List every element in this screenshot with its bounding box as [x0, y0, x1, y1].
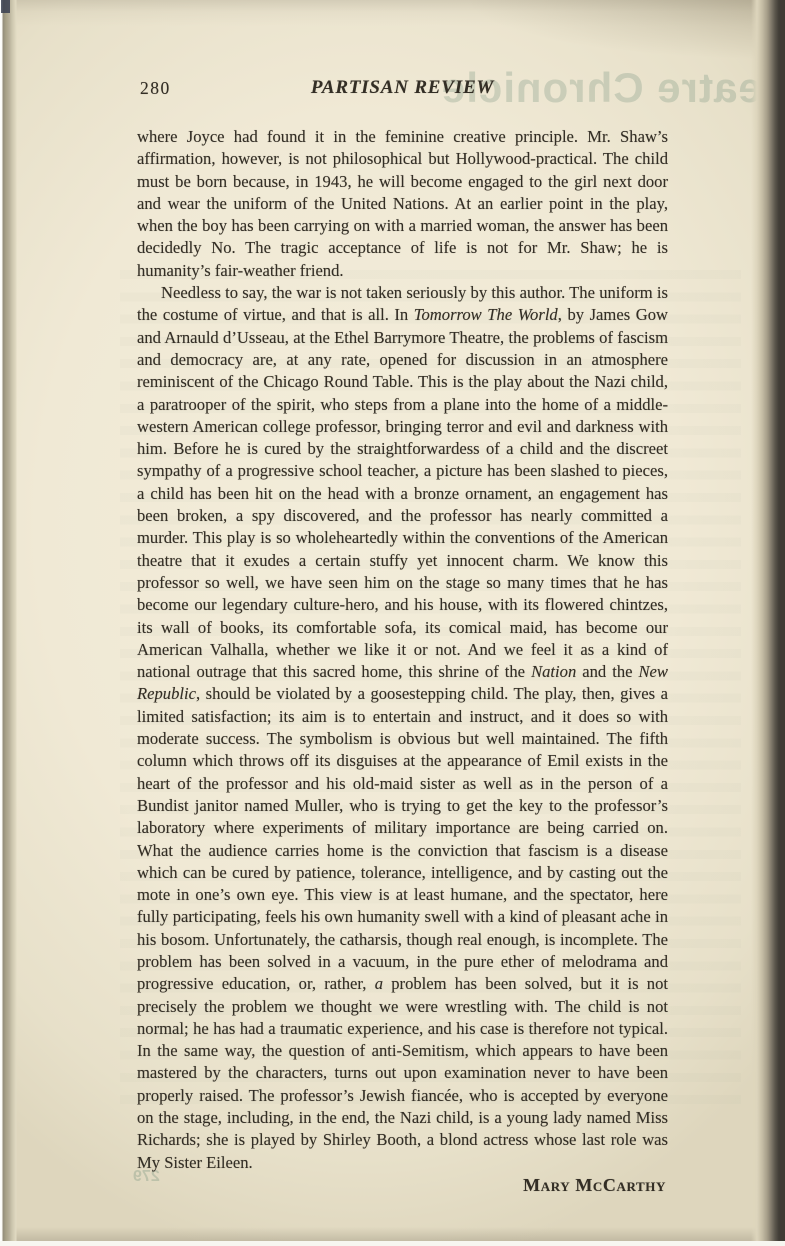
page-edge-left [0, 0, 17, 1246]
top-right-corner-shadow [465, 0, 785, 60]
page-content: 280 PARTISAN REVIEW where Joyce had foun… [137, 77, 668, 1196]
page-edge-right [751, 0, 785, 1246]
bottom-paper-strip [0, 1241, 785, 1246]
scanned-page: Theatre Chronicle 279 280 PARTISAN REVIE… [0, 0, 785, 1246]
page-header: 280 PARTISAN REVIEW [137, 77, 668, 101]
article-body: where Joyce had found it in the feminine… [137, 126, 668, 1174]
paragraph: Needless to say, the war is not taken se… [137, 282, 668, 1174]
journal-title: PARTISAN REVIEW [137, 77, 668, 99]
bottom-edge-shadow [0, 1227, 785, 1241]
author-signature: Mary McCarthy [137, 1175, 668, 1196]
binding-corner-mark [1, 0, 10, 13]
paragraph: where Joyce had found it in the feminine… [137, 126, 668, 282]
